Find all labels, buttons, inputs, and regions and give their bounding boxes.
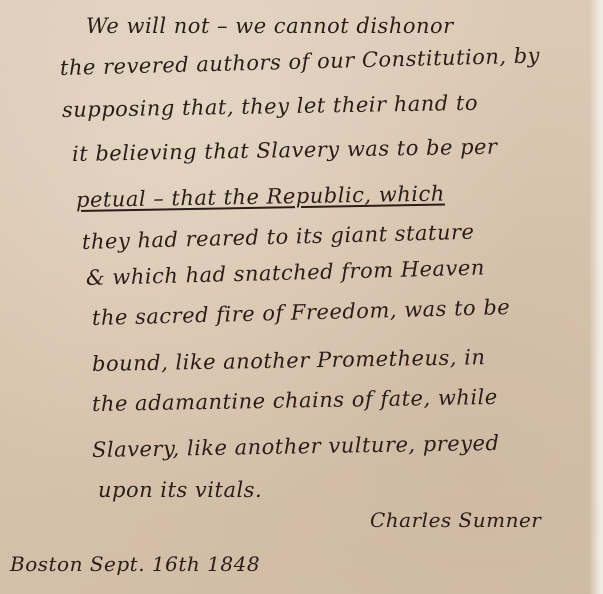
manuscript-line: bound, like another Prometheus, in [92,345,486,376]
dateline: Boston Sept. 16th 1848 [10,552,260,576]
manuscript-line: it believing that Slavery was to be per [72,135,498,166]
emphasized-word: petual – that the Republic, which [76,182,445,212]
manuscript-line: the revered authors of our Constitution,… [60,43,541,80]
manuscript-line: the adamantine chains of fate, while [92,385,498,416]
dateline-place: Boston [10,552,83,576]
manuscript-line: Slavery, like another vulture, preyed [92,431,500,462]
dateline-date: Sept. 16th 1848 [90,552,260,576]
signature: Charles Sumner [370,508,541,532]
manuscript-line: We will not – we cannot dishonor [86,14,556,38]
manuscript-line: the sacred fire of Freedom, was to be [92,295,511,330]
manuscript-line: & which had snatched from Heaven [86,256,485,290]
manuscript-line: they had reared to its giant stature [82,220,475,254]
manuscript-line: supposing that, they let their hand to [62,91,478,122]
manuscript-line: petual – that the Republic, which [76,182,445,212]
manuscript-page: We will not – we cannot dishonor the rev… [0,0,603,594]
manuscript-line: upon its vitals. [98,478,262,502]
